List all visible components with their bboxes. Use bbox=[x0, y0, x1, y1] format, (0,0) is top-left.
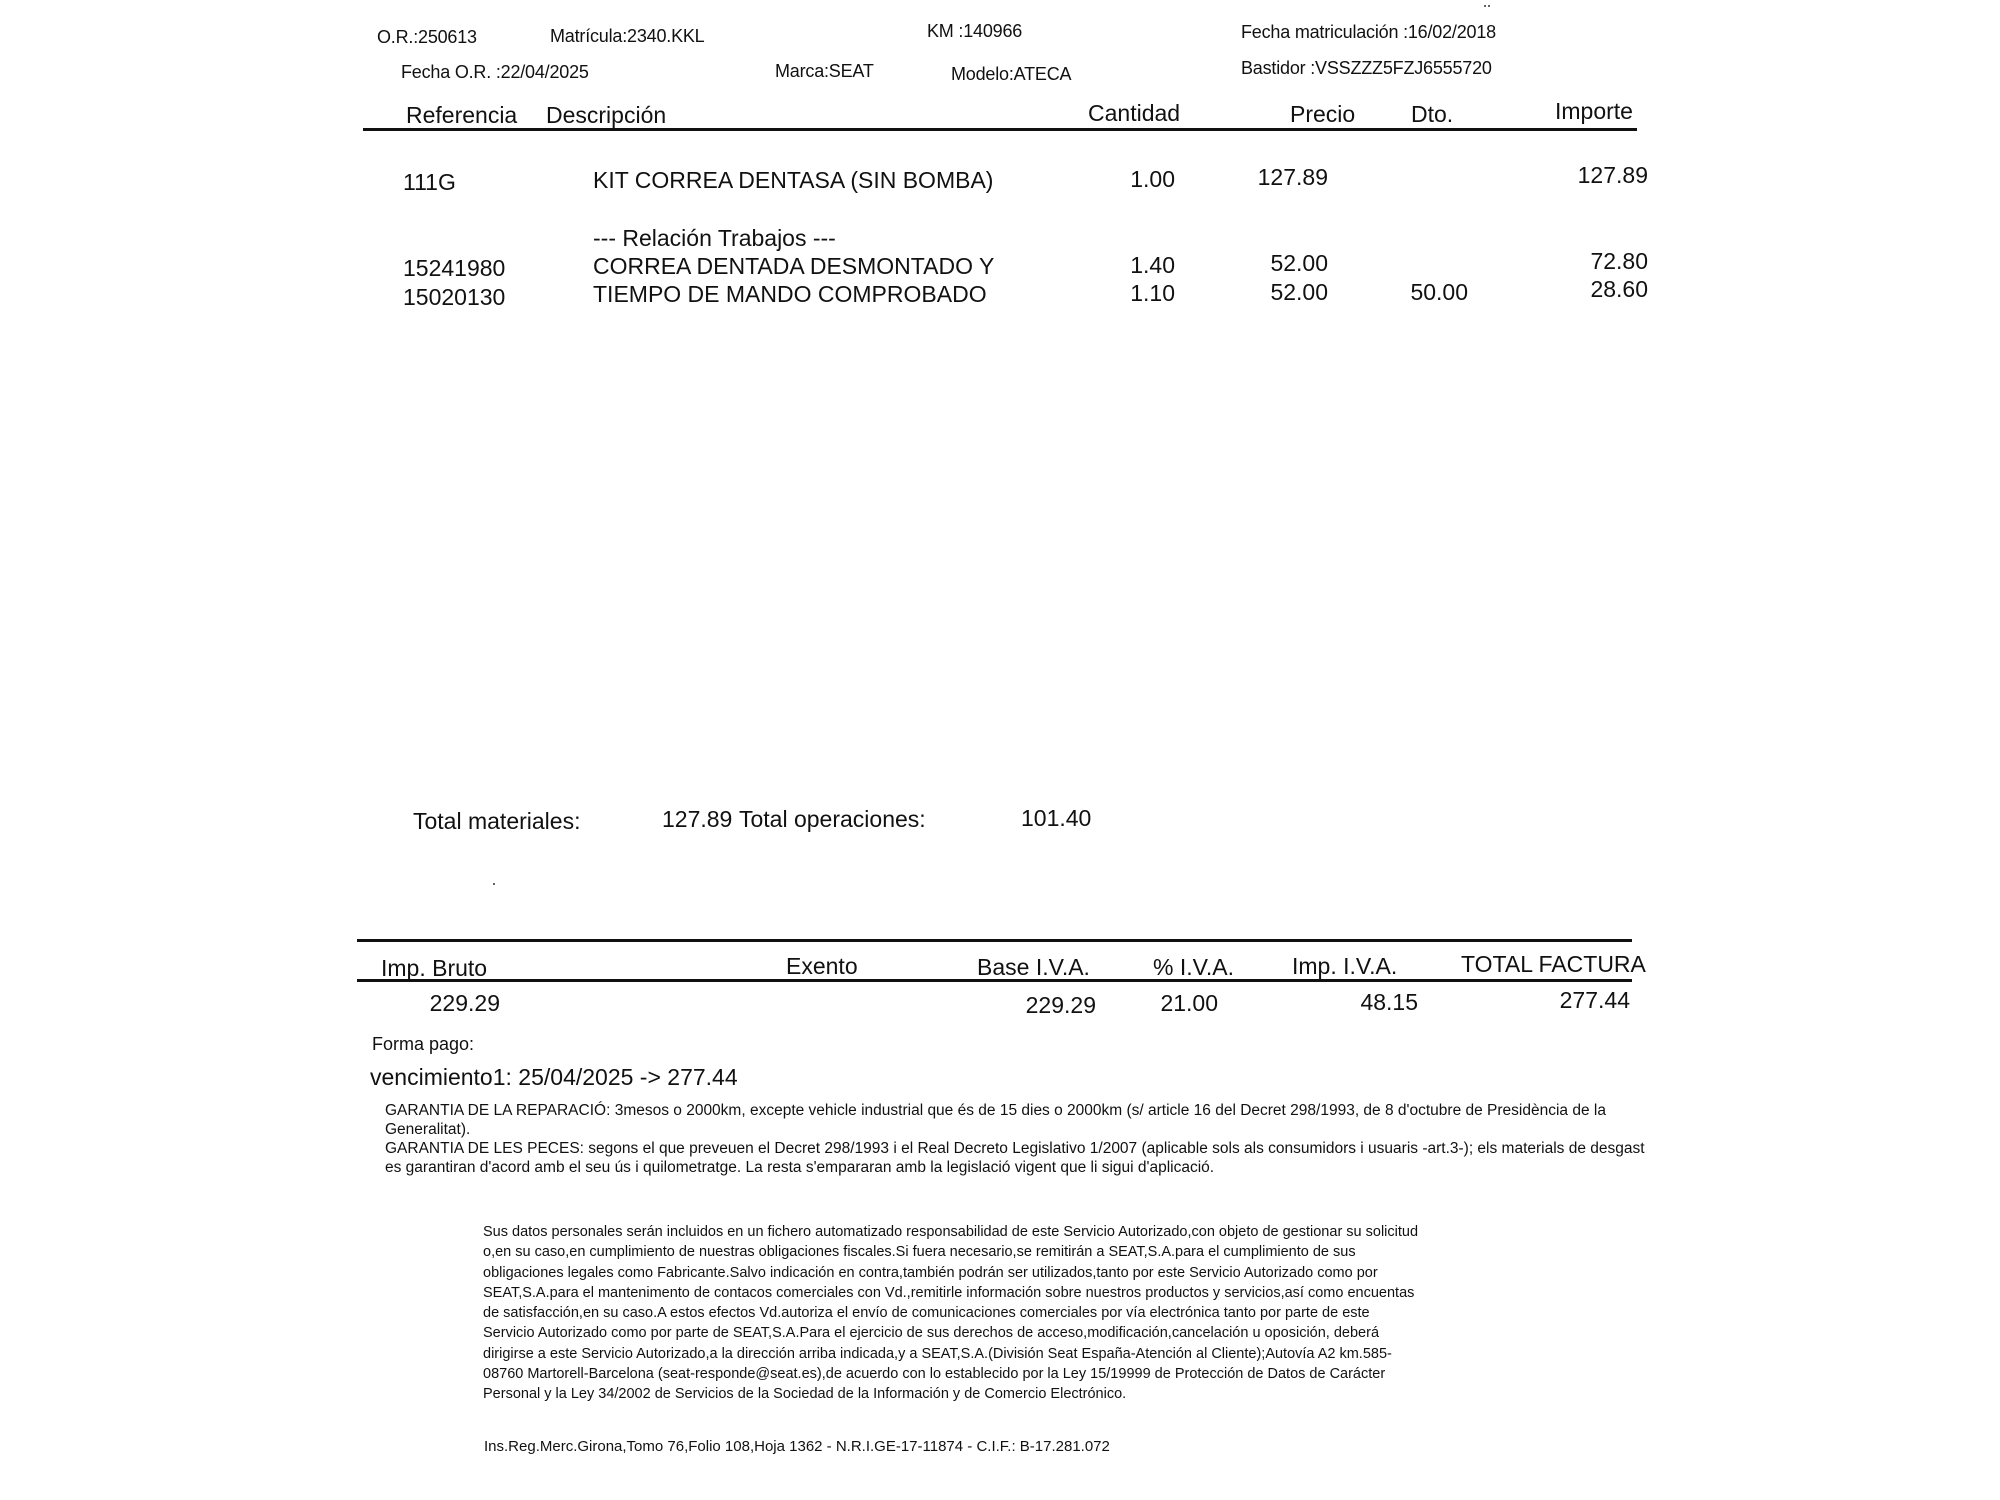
privacy-line: Sus datos personales serán incluidos en … bbox=[483, 1222, 1593, 1242]
row-dto: 50.00 bbox=[1380, 279, 1468, 306]
imp-iva-label: Imp. I.V.A. bbox=[1292, 953, 1397, 980]
col-cantidad: Cantidad bbox=[1088, 100, 1180, 127]
bastidor: Bastidor :VSSZZZ5FZJ6555720 bbox=[1241, 58, 1492, 79]
row-descripcion: TIEMPO DE MANDO COMPROBADO bbox=[593, 281, 987, 308]
warranty-peces: GARANTIA DE LES PECES: segons el que pre… bbox=[385, 1139, 1663, 1177]
km: KM :140966 bbox=[927, 21, 1022, 42]
base-iva-label: Base I.V.A. bbox=[977, 954, 1090, 981]
privacy-line: 08760 Martorell-Barcelona (seat-responde… bbox=[483, 1364, 1593, 1384]
row-cantidad: 1.40 bbox=[1100, 252, 1175, 279]
imp-bruto-value: 229.29 bbox=[380, 990, 500, 1017]
row-importe: 127.89 bbox=[1548, 162, 1648, 189]
row-referencia: 15020130 bbox=[403, 284, 505, 311]
registry-info: Ins.Reg.Merc.Girona,Tomo 76,Folio 108,Ho… bbox=[484, 1438, 1110, 1455]
row-cantidad: 1.10 bbox=[1100, 280, 1175, 307]
total-materiales-label: Total materiales: bbox=[413, 808, 580, 835]
vencimiento: vencimiento1: 25/04/2025 -> 277.44 bbox=[370, 1064, 738, 1091]
total-factura-value: 277.44 bbox=[1500, 987, 1630, 1014]
privacy-line: o,en su caso,en cumplimiento de nuestras… bbox=[483, 1242, 1593, 1262]
exento-label: Exento bbox=[786, 953, 858, 980]
col-referencia: Referencia bbox=[406, 102, 517, 129]
privacy-line: SEAT,S.A.para el mantenimento de contaco… bbox=[483, 1283, 1593, 1303]
base-iva-value: 229.29 bbox=[976, 992, 1096, 1019]
total-operaciones-label: Total operaciones: bbox=[739, 806, 926, 833]
pct-iva-value: 21.00 bbox=[1118, 990, 1218, 1017]
col-descripcion: Descripción bbox=[546, 102, 666, 129]
total-factura-label: TOTAL FACTURA bbox=[1461, 951, 1646, 978]
row-referencia: 15241980 bbox=[403, 255, 505, 282]
or-number: O.R.:250613 bbox=[377, 27, 477, 48]
fecha-matriculacion: Fecha matriculación :16/02/2018 bbox=[1241, 22, 1496, 43]
pct-iva-label: % I.V.A. bbox=[1153, 954, 1234, 981]
privacy-line: Personal y la Ley 34/2002 de Servicios d… bbox=[483, 1384, 1593, 1404]
warranty-text: GARANTIA DE LA REPARACIÓ: 3mesos o 2000k… bbox=[385, 1101, 1663, 1177]
row-descripcion: CORREA DENTADA DESMONTADO Y bbox=[593, 253, 994, 280]
col-dto: Dto. bbox=[1411, 101, 1453, 128]
total-materiales-value: 127.89 bbox=[662, 806, 732, 833]
header-rule bbox=[363, 128, 1637, 131]
row-precio: 127.89 bbox=[1230, 164, 1328, 191]
works-heading: --- Relación Trabajos --- bbox=[593, 225, 836, 252]
modelo: Modelo:ATECA bbox=[951, 64, 1071, 85]
col-precio: Precio bbox=[1290, 101, 1355, 128]
imp-bruto-label: Imp. Bruto bbox=[381, 955, 487, 982]
row-referencia: 111G bbox=[403, 169, 456, 196]
privacy-notice: Sus datos personales serán incluidos en … bbox=[483, 1222, 1593, 1405]
scan-speck bbox=[493, 883, 495, 885]
imp-iva-value: 48.15 bbox=[1318, 989, 1418, 1016]
matricula: Matrícula:2340.KKL bbox=[550, 26, 705, 47]
fecha-or: Fecha O.R. :22/04/2025 bbox=[401, 62, 589, 83]
row-importe: 28.60 bbox=[1548, 276, 1648, 303]
total-operaciones-value: 101.40 bbox=[1021, 805, 1091, 832]
scan-speck bbox=[1488, 5, 1490, 7]
privacy-line: de satisfacción,en su caso.A estos efect… bbox=[483, 1303, 1593, 1323]
col-importe: Importe bbox=[1555, 98, 1633, 125]
totals-mid-rule bbox=[357, 979, 1632, 982]
totals-top-rule bbox=[357, 939, 1632, 942]
row-cantidad: 1.00 bbox=[1100, 166, 1175, 193]
row-importe: 72.80 bbox=[1548, 248, 1648, 275]
row-precio: 52.00 bbox=[1230, 250, 1328, 277]
privacy-line: obligaciones legales como Fabricante.Sal… bbox=[483, 1263, 1593, 1283]
forma-pago-label: Forma pago: bbox=[372, 1034, 474, 1055]
warranty-reparacio: GARANTIA DE LA REPARACIÓ: 3mesos o 2000k… bbox=[385, 1101, 1663, 1139]
row-descripcion: KIT CORREA DENTASA (SIN BOMBA) bbox=[593, 167, 993, 194]
privacy-line: dirigirse a este Servicio Autorizado,a l… bbox=[483, 1344, 1593, 1364]
scan-speck bbox=[1484, 5, 1486, 7]
row-precio: 52.00 bbox=[1230, 279, 1328, 306]
marca: Marca:SEAT bbox=[775, 61, 874, 82]
privacy-line: Servicio Autorizado como por parte de SE… bbox=[483, 1323, 1593, 1343]
